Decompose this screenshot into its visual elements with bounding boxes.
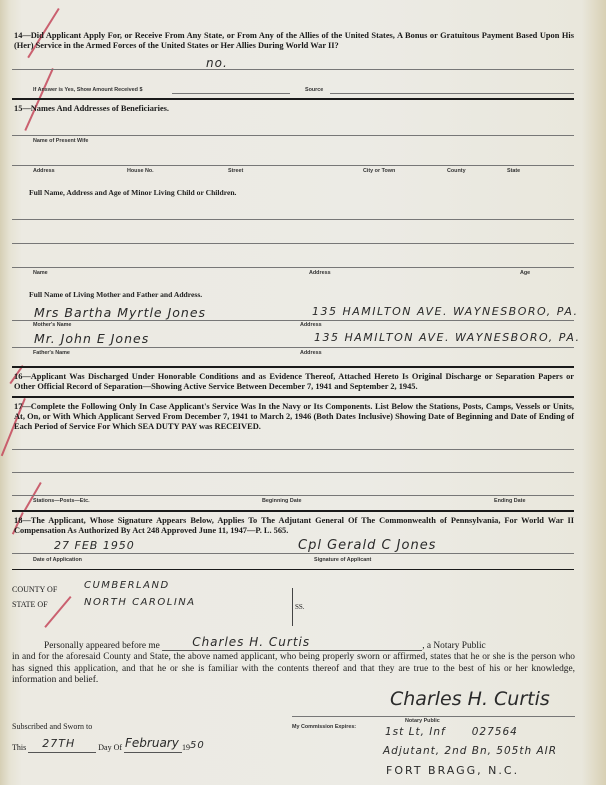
mother-address[interactable]: 135 HAMILTON AVE. WAYNESBORO, PA.	[312, 305, 579, 318]
signature-label: Signature of Applicant	[314, 557, 371, 563]
month-field[interactable]: February	[124, 743, 182, 753]
appeared-suffix: , a Notary Public	[422, 641, 486, 651]
question-15: 15—Names And Addresses of Beneficiaries.	[14, 104, 574, 114]
application-date[interactable]: 27 FEB 1950	[54, 539, 135, 552]
notary-signature[interactable]: Charles H. Curtis	[390, 688, 550, 710]
question-text: Did Applicant Apply For, or Receive From…	[14, 31, 574, 50]
answer-line	[12, 69, 574, 70]
amount-received-label: If Answer is Yes, Show Amount Received $	[33, 87, 142, 93]
commission-line-3[interactable]: FORT BRAGG, N.C.	[386, 764, 519, 777]
street-label: Street	[228, 168, 243, 174]
question-number: 16—	[14, 372, 31, 381]
father-label: Father's Name	[33, 350, 70, 356]
children-heading: Full Name, Address and Age of Minor Livi…	[29, 188, 236, 197]
notary-name-field[interactable]: Charles H. Curtis	[162, 640, 422, 651]
father-address[interactable]: 135 HAMILTON AVE. WAYNESBORO, PA.	[314, 331, 581, 344]
notary-public-label: Notary Public	[405, 718, 440, 724]
city-label: City or Town	[363, 168, 395, 174]
beginning-date-label: Beginning Date	[262, 498, 302, 504]
red-check-mark	[24, 482, 42, 511]
commission-line-2[interactable]: Adjutant, 2nd Bn, 505th AIR	[383, 745, 557, 757]
section-divider	[12, 569, 574, 570]
address-line[interactable]	[12, 165, 574, 166]
county-of-label: COUNTY OF	[12, 585, 57, 594]
day-of-label: Day Of	[98, 743, 122, 752]
question-text: Complete the Following Only In Case Appl…	[14, 402, 574, 431]
applicant-signature[interactable]: Cpl Gerald C Jones	[298, 538, 436, 553]
child-line[interactable]	[12, 243, 574, 244]
red-check-mark	[44, 596, 71, 628]
notary-name: Charles H. Curtis	[192, 635, 310, 649]
county-label: County	[447, 168, 466, 174]
date-label: Date of Application	[33, 557, 82, 563]
child-line[interactable]	[12, 219, 574, 220]
month-value: February	[125, 736, 179, 750]
station-line[interactable]	[12, 449, 574, 450]
commission-line-1[interactable]: 1st Lt, Inf 027564	[385, 726, 518, 738]
commission-label: My Commission Expires:	[292, 724, 356, 730]
father-name[interactable]: Mr. John E Jones	[34, 331, 149, 346]
notary-signature-line	[292, 716, 575, 717]
year-prefix: 19	[182, 743, 190, 752]
question-number: 17—	[14, 402, 31, 411]
county-value[interactable]: CUMBERLAND	[84, 580, 170, 591]
day-value: 27TH	[42, 737, 75, 750]
signature-line	[12, 553, 574, 554]
state-of-label: STATE OF	[12, 600, 48, 609]
station-line[interactable]	[12, 495, 574, 496]
state-label: State	[507, 168, 520, 174]
sworn-date-line: This 27TH Day Of February 1950	[12, 742, 205, 753]
day-field[interactable]: 27TH	[28, 743, 96, 753]
source-field[interactable]	[330, 93, 574, 94]
section-divider	[12, 396, 574, 398]
question-16: 16—Applicant Was Discharged Under Honora…	[14, 372, 574, 392]
mother-name[interactable]: Mrs Bartha Myrtle Jones	[34, 305, 206, 320]
child-age-label: Age	[520, 270, 530, 276]
child-name-label: Name	[33, 270, 48, 276]
station-line[interactable]	[12, 472, 574, 473]
amount-received-field[interactable]	[172, 93, 290, 94]
question-17: 17—Complete the Following Only In Case A…	[14, 402, 574, 432]
stations-label: Stations—Posts—Etc.	[33, 498, 90, 504]
question-text: Applicant Was Discharged Under Honorable…	[14, 372, 574, 391]
notary-body: in and for the aforesaid County and Stat…	[12, 652, 575, 687]
year-value[interactable]: 50	[190, 740, 205, 751]
source-label: Source	[305, 87, 323, 93]
house-no-label: House No.	[127, 168, 154, 174]
wife-label: Name of Present Wife	[33, 138, 88, 144]
state-value[interactable]: NORTH CAROLINA	[84, 597, 196, 608]
child-address-label: Address	[309, 270, 331, 276]
q14-answer[interactable]: no.	[206, 56, 228, 70]
parents-heading: Full Name of Living Mother and Father an…	[29, 290, 202, 299]
ss-label: SS.	[295, 603, 305, 611]
child-line[interactable]	[12, 267, 574, 268]
father-line	[12, 347, 574, 348]
mother-label: Mother's Name	[33, 322, 71, 328]
question-text: Names And Addresses of Beneficiaries.	[31, 104, 169, 113]
subscribed-label: Subscribed and Sworn to	[12, 722, 92, 731]
question-text: The Applicant, Whose Signature Appears B…	[14, 516, 574, 535]
father-address-label: Address	[300, 350, 322, 356]
appeared-line: Personally appeared before me Charles H.…	[12, 640, 575, 651]
mother-line	[12, 320, 574, 321]
question-number: 18—	[14, 516, 31, 525]
wife-line[interactable]	[12, 135, 574, 136]
question-14: 14—Did Applicant Apply For, or Receive F…	[14, 31, 574, 51]
question-number: 15—	[14, 104, 31, 113]
section-divider	[12, 366, 574, 368]
section-divider	[12, 510, 574, 512]
address-label: Address	[33, 168, 55, 174]
section-divider	[12, 98, 574, 100]
ending-date-label: Ending Date	[494, 498, 525, 504]
this-label: This	[12, 743, 26, 752]
mother-address-label: Address	[300, 322, 322, 328]
appeared-prefix: Personally appeared before me	[12, 641, 160, 651]
question-number: 14—	[14, 31, 31, 40]
question-18: 18—The Applicant, Whose Signature Appear…	[14, 516, 574, 536]
